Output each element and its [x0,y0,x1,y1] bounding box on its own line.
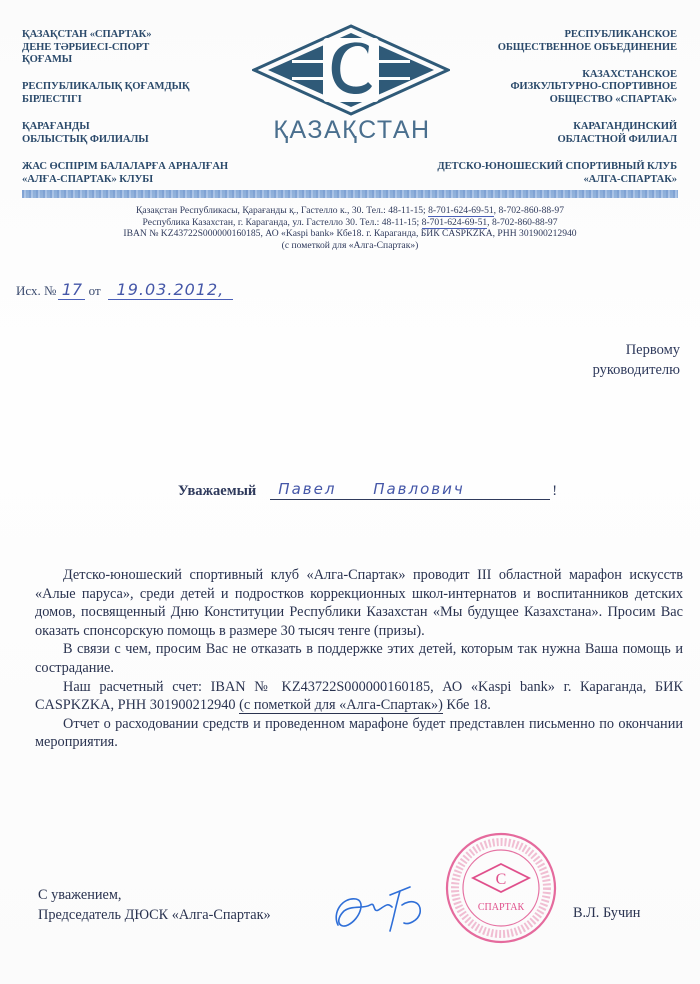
reference-label: Исх. № [16,283,56,298]
letterhead-text: ФИЗКУЛЬТУРНО-СПОРТИВНОЕ [397,81,677,94]
letterhead-text: ОБЛЫСТЫҚ ФИЛИАЛЫ [22,134,282,147]
letterhead-right-block-2: КАЗАХСТАНСКОЕ ФИЗКУЛЬТУРНО-СПОРТИВНОЕ ОБ… [397,69,677,107]
letterhead-text: КАЗАХСТАНСКОЕ [397,69,677,82]
signer-title: Председатель ДЮСК «Алга-Спартак» [38,905,271,925]
reference-date: 19.03.2012, [108,280,233,300]
letterhead-text: «АЛГА-СПАРТАК» [397,174,677,187]
addressee-line: руководителю [593,360,680,380]
letterhead-text: РЕСПУБЛИКАЛЫҚ ҚОҒАМДЫҚ [22,81,282,94]
contact-line-3: IBAN № KZ43722S000000160185, АО «Kaspi b… [60,228,640,240]
phone-number: 8-701-624-69-51 [428,205,494,217]
body-paragraph: Детско-юношеский спортивный клуб «Алга-С… [35,566,683,640]
contact-info: Қазақстан Республикасы, Қарағанды қ., Га… [60,205,640,251]
letterhead-text: ҚАЗАҚСТАН «СПАРТАК» [22,29,282,42]
contact-line-4: (с пометкой для «Алга-Спартак») [60,240,640,252]
date-label: от [89,283,101,298]
svg-text:СПАРТАК: СПАРТАК [478,902,525,913]
letterhead-text: ЖАС ӨСПІРІМ БАЛАЛАРҒА АРНАЛҒАН [22,161,282,174]
underlined-note: (с пометкой для «Алга-Спартак») [239,697,443,714]
signer-name: В.Л. Бучин [573,905,640,922]
letterhead-text: «АЛҒА-СПАРТАК» КЛУБІ [22,174,282,187]
letterhead-left-block-2: РЕСПУБЛИКАЛЫҚ ҚОҒАМДЫҚ БІРЛЕСТІГІ [22,81,282,106]
letterhead-right-block-1: РЕСПУБЛИКАНСКОЕ ОБЩЕСТВЕННОЕ ОБЪЕДИНЕНИЕ [397,29,677,54]
salutation-label: Уважаемый [178,483,256,499]
salutation: УважаемыйПавел Павлович! [178,480,557,500]
addressee-line: Первому [593,340,680,360]
round-stamp-icon: С СПАРТАК [445,832,557,944]
letterhead-right: РЕСПУБЛИКАНСКОЕ ОБЩЕСТВЕННОЕ ОБЪЕДИНЕНИЕ… [397,29,677,201]
closing-phrase: С уважением, [38,885,271,905]
contact-line-1: Қазақстан Республикасы, Қарағанды қ., Га… [60,205,640,217]
contact-line-2: Республика Казахстан, г. Караганда, ул. … [60,217,640,229]
letterhead-text: ОБЩЕСТВЕННОЕ ОБЪЕДИНЕНИЕ [397,42,677,55]
letterhead-text: ДЕНЕ ТӘРБИЕСІ-СПОРТ [22,42,282,55]
letterhead-text: ОБЩЕСТВО «СПАРТАК» [397,94,677,107]
outgoing-reference: Исх. №17 от 19.03.2012, [16,280,233,300]
closing: С уважением, Председатель ДЮСК «Алга-Спа… [38,885,271,925]
letter-body: Детско-юношеский спортивный клуб «Алга-С… [35,566,683,752]
letterhead-right-block-3: КАРАГАНДИНСКИЙ ОБЛАСТНОЙ ФИЛИАЛ [397,121,677,146]
letterhead-right-block-4: ДЕТСКО-ЮНОШЕСКИЙ СПОРТИВНЫЙ КЛУБ «АЛГА-С… [397,161,677,186]
letterhead-left-block-3: ҚАРАҒАНДЫ ОБЛЫСТЫҚ ФИЛИАЛЫ [22,121,282,146]
handwritten-addressee-name: Павел Павлович [270,480,550,500]
letterhead-text: РЕСПУБЛИКАНСКОЕ [397,29,677,42]
letterhead-text: БІРЛЕСТІГІ [22,94,282,107]
handwritten-signature-icon [330,875,440,945]
decorative-border-band [22,190,678,198]
letterhead-left-block-1: ҚАЗАҚСТАН «СПАРТАК» ДЕНЕ ТӘРБИЕСІ-СПОРТ … [22,29,282,67]
salutation-punctuation: ! [552,483,557,499]
letterhead-text: КАРАГАНДИНСКИЙ [397,121,677,134]
letterhead-left: ҚАЗАҚСТАН «СПАРТАК» ДЕНЕ ТӘРБИЕСІ-СПОРТ … [22,29,282,201]
reference-number: 17 [58,280,85,300]
body-paragraph: Отчет о расходовании средств и проведенн… [35,715,683,752]
phone-number: 8-701-624-69-51 [422,217,488,229]
letterhead-text: ОБЛАСТНОЙ ФИЛИАЛ [397,134,677,147]
body-paragraph: В связи с чем, просим Вас не отказать в … [35,640,683,677]
letterhead-left-block-4: ЖАС ӨСПІРІМ БАЛАЛАРҒА АРНАЛҒАН «АЛҒА-СПА… [22,161,282,186]
svg-text:С: С [496,871,507,888]
body-paragraph-bank-details: Наш расчетный счет: IBAN № KZ43722S00000… [35,678,683,715]
addressee: Первому руководителю [593,340,680,380]
letterhead-text: ҚОҒАМЫ [22,54,282,67]
letterhead-text: ҚАРАҒАНДЫ [22,121,282,134]
letter-page: ҚАЗАҚСТАН «СПАРТАК» ДЕНЕ ТӘРБИЕСІ-СПОРТ … [0,0,700,984]
letterhead-text: ДЕТСКО-ЮНОШЕСКИЙ СПОРТИВНЫЙ КЛУБ [397,161,677,174]
